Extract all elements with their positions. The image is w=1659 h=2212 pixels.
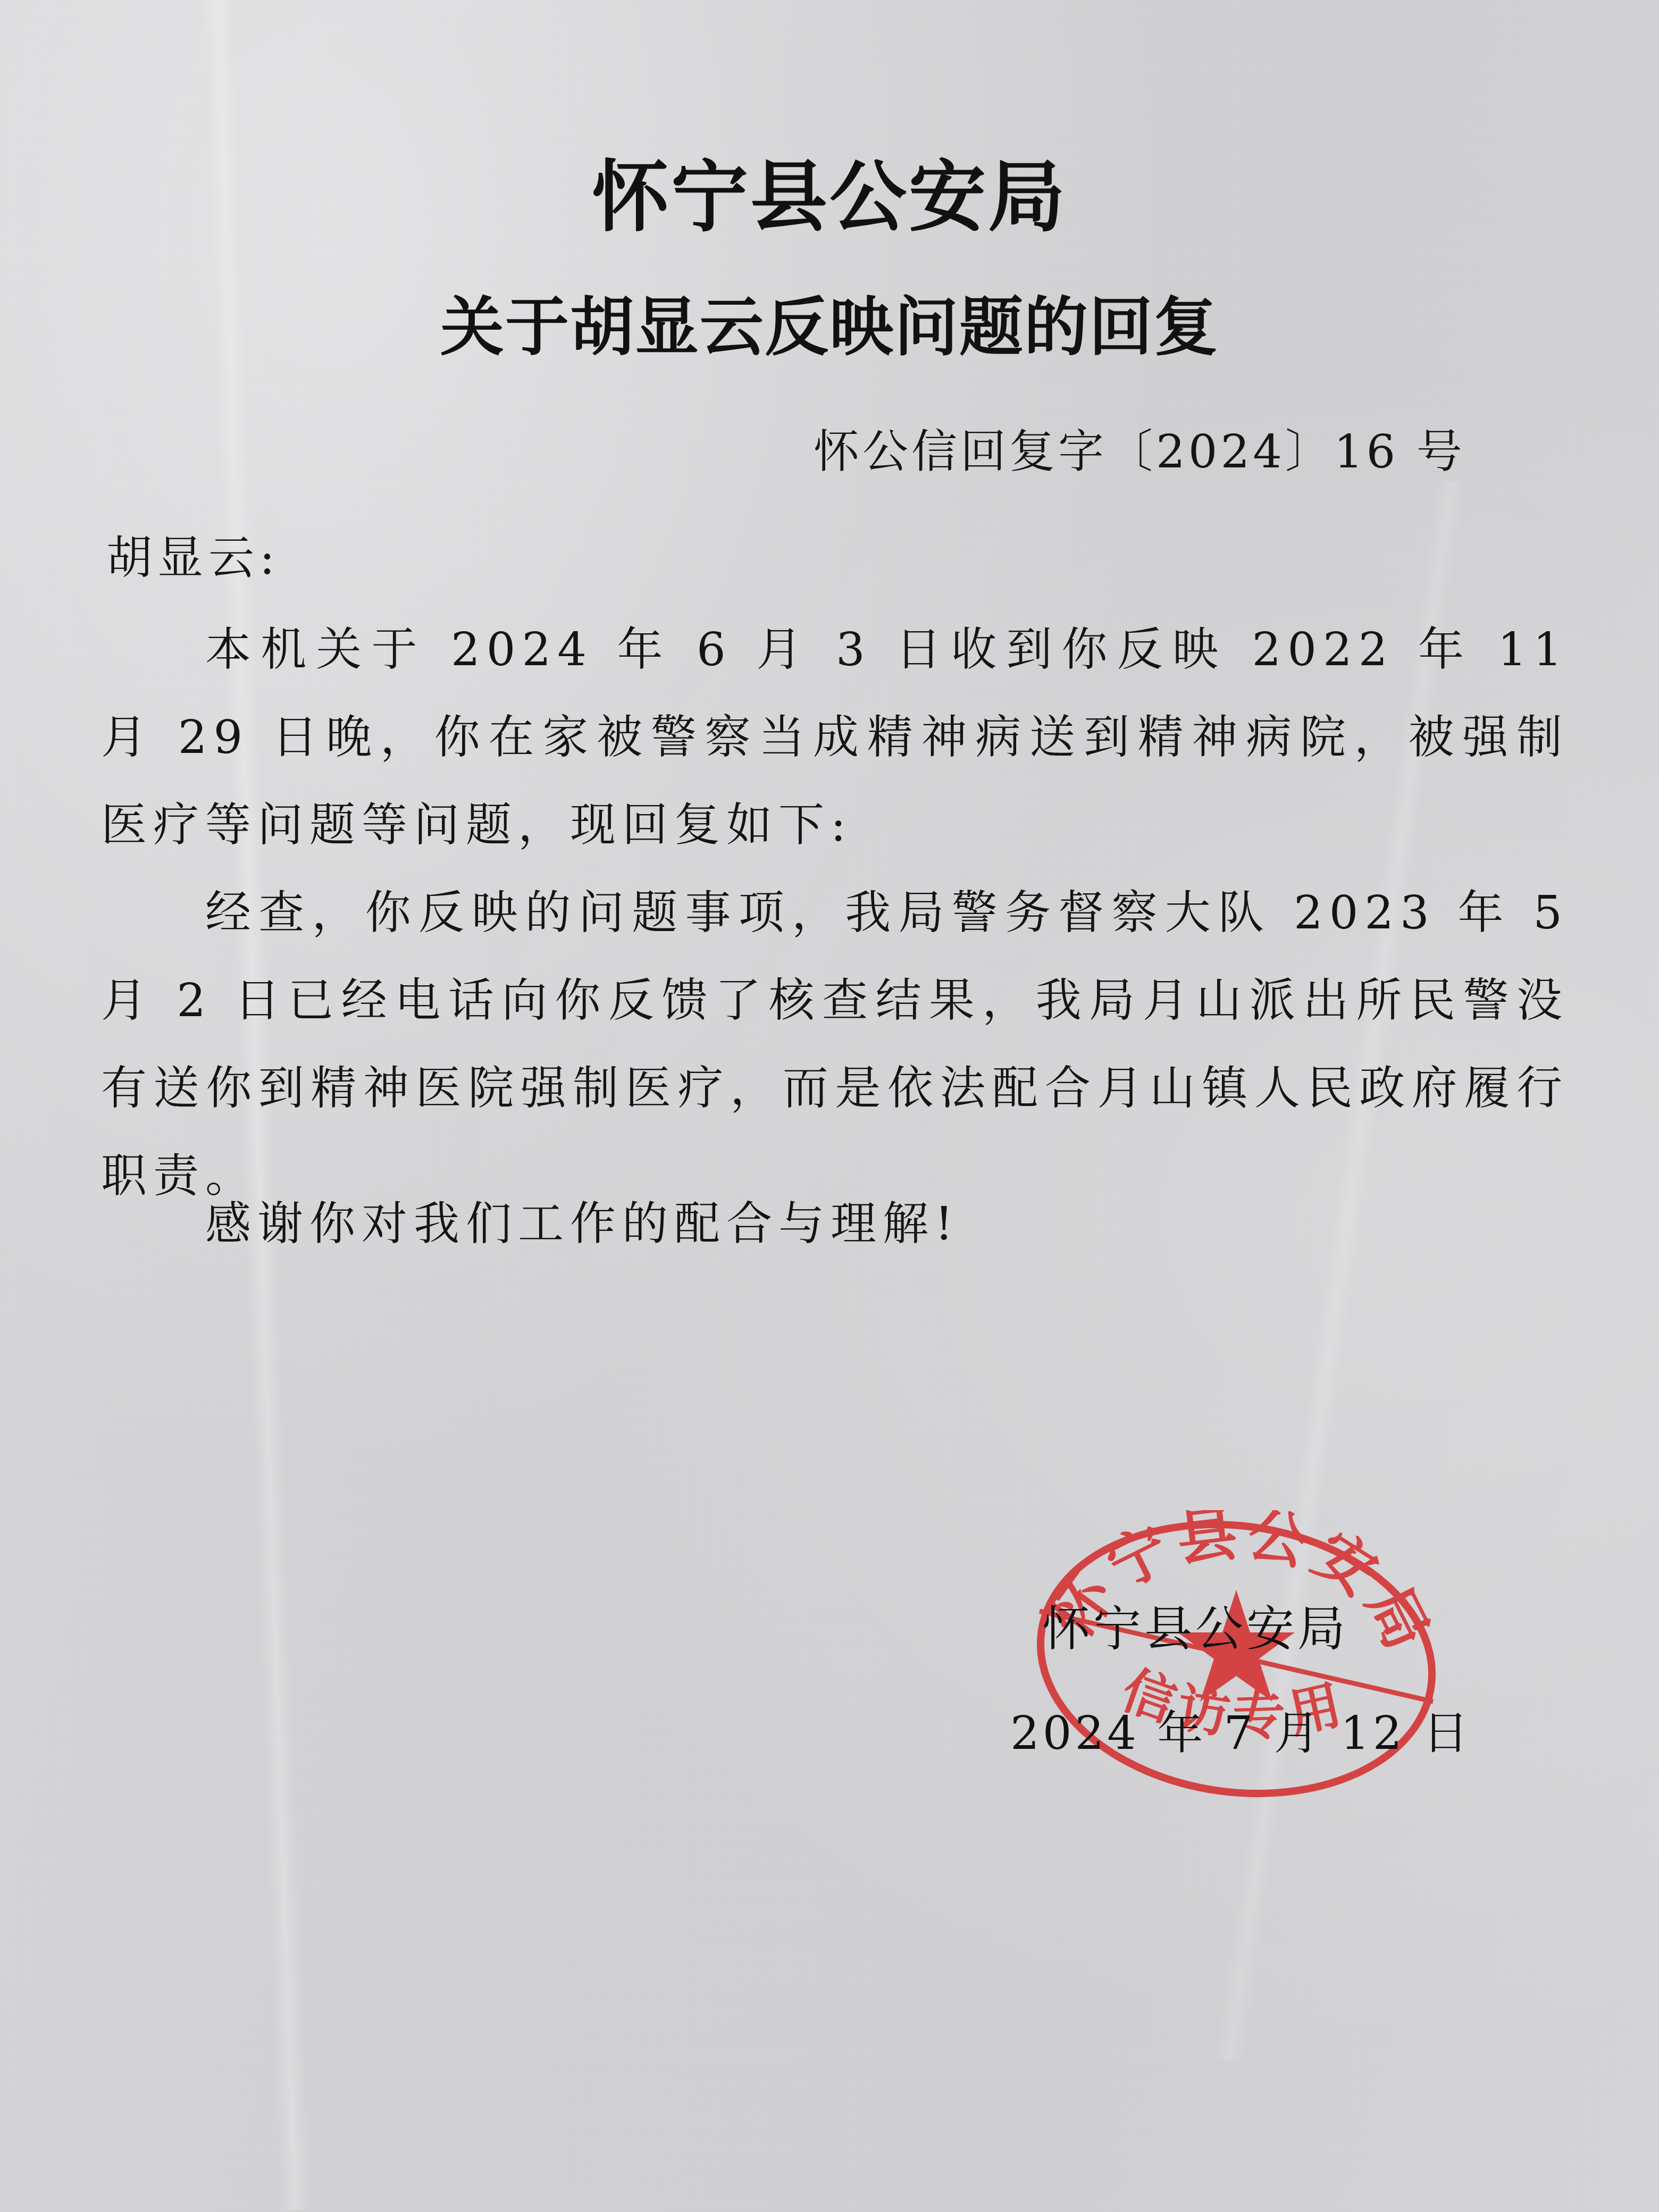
document-page: 怀宁县公安局 关于胡显云反映问题的回复 怀公信回复字〔2024〕16 号 胡显云… xyxy=(0,0,1659,2212)
paragraph-findings: 经查，你反映的问题事项，我局警务督察大队 2023 年 5 月 2 日已经电话向… xyxy=(101,869,1569,1220)
paragraph-closing: 感谢你对我们工作的配合与理解! xyxy=(101,1180,1569,1268)
document-number: 怀公信回复字〔2024〕16 号 xyxy=(814,415,1465,481)
paragraph-intro: 本机关于 2024 年 6 月 3 日收到你反映 2022 年 11 月 29 … xyxy=(101,606,1569,869)
signature-organization: 怀宁县公安局 xyxy=(1042,1590,1348,1659)
document-title: 关于胡显云反映问题的回复 xyxy=(0,276,1659,368)
salutation: 胡显云: xyxy=(106,521,280,587)
issuer-heading: 怀宁县公安局 xyxy=(0,136,1659,246)
signature-date: 2024 年 7 月 12 日 xyxy=(1010,1696,1472,1762)
